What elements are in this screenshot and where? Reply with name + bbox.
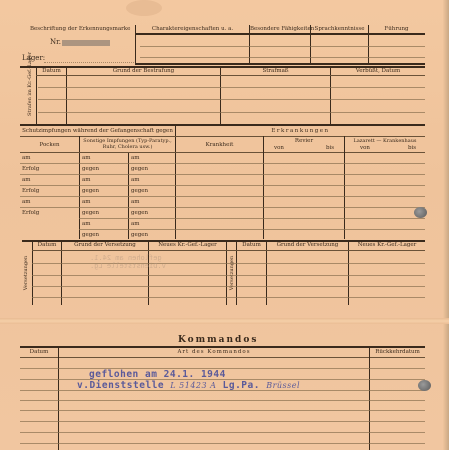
impf-cell: am (82, 221, 91, 227)
header-col-faehigkeiten: Besondere Fähigkeiten (250, 26, 310, 32)
impf-cell: am (22, 177, 31, 183)
entry-prefix: geflohen am (89, 369, 164, 380)
dienststelle-code: L 51423 A (170, 381, 216, 390)
rule (32, 275, 425, 276)
rule (20, 421, 425, 422)
impf-cell: gegen (131, 210, 148, 216)
kommandos-col-art: Art des Kommandos (59, 349, 369, 355)
lazarett-von: von (360, 145, 370, 151)
kommando-entry-line-1: geflohen am 24.1. 1944 (89, 369, 226, 380)
strafen-side-label: Strafen im Kr.-Gef.-Lager (27, 66, 33, 116)
rule (38, 87, 425, 88)
vers-col-datum-2: Datum (237, 242, 266, 248)
entry-prefix: v.Dienststelle (77, 380, 170, 391)
impf-cell: gegen (82, 166, 99, 172)
nr-label: Nr. (50, 39, 61, 45)
rule (20, 346, 425, 348)
impf-cell: gegen (82, 232, 99, 238)
rule (20, 185, 425, 186)
nr-value-redacted (62, 40, 110, 46)
erkrankungen-col-revier: Revier (264, 138, 344, 144)
lager-label: Lager: (22, 55, 45, 61)
erkrankungen-col-krankheit: Krankheit (176, 142, 263, 148)
versetzungen-side-label-left: Versetzungen (23, 248, 29, 298)
place-name: Brüssel (266, 381, 300, 390)
versetzungen-side-label-right: Versetzungen (229, 248, 235, 298)
punch-hole (418, 380, 431, 391)
rule (20, 410, 425, 411)
impf-cell: am (82, 155, 91, 161)
rule (79, 229, 425, 230)
impf-cell: gegen (82, 188, 99, 194)
rule (135, 63, 425, 65)
impfungen-title: Schutzimpfungen während der Gefangenscha… (20, 128, 175, 134)
rule (20, 196, 425, 197)
divider (369, 346, 370, 450)
rule (135, 33, 425, 35)
impf-cell: gegen (82, 210, 99, 216)
vers-col-datum: Datum (33, 242, 61, 248)
paper-stain (126, 0, 162, 16)
rule (20, 124, 425, 126)
paper-fold (0, 318, 449, 324)
rule (38, 99, 425, 100)
strafen-col-verbuesst: Verbüßt, Datum (331, 68, 425, 74)
impf-cell: am (131, 199, 140, 205)
erkrankungen-title: Erkrankungen (176, 128, 425, 134)
divider (263, 136, 264, 239)
strafen-col-strafmass: Strafmaß (221, 68, 330, 74)
lazarett-bis: bis (408, 145, 416, 151)
rule (38, 112, 425, 113)
ink-bleed-through: geflohen am 24.1. (90, 254, 162, 262)
strafen-col-grund: Grund der Bestrafung (67, 68, 220, 74)
vers-col-lager: Neues Kr.-Gef.-Lager (149, 242, 226, 248)
impf-cell: gegen (131, 166, 148, 172)
rule (20, 400, 425, 401)
erkennungsmarke-label: Beschriftung der Erkennungsmarke (30, 26, 130, 32)
impf-cell: gegen (131, 188, 148, 194)
rule (20, 136, 175, 137)
impf-cell: am (82, 199, 91, 205)
impf-cell: am (22, 199, 31, 205)
rule (32, 286, 425, 287)
impfungen-col-sonstige: Sonstige Impfungen (Typ-Paratyp., Ruhr, … (80, 138, 175, 150)
rule (20, 174, 425, 175)
rule (175, 136, 425, 137)
rule (20, 443, 425, 444)
rule (20, 163, 425, 164)
kommando-entry-line-2: v.Dienststelle L 51423 A Lg.Pa. Brüssel (77, 380, 300, 391)
rule (32, 297, 425, 298)
impf-cell: am (131, 155, 140, 161)
kommandos-col-rueckkehr: Rückkehrdatum (370, 349, 425, 355)
impf-cell: gegen (131, 232, 148, 238)
document-page: Beschriftung der Erkennungsmarke Nr. Lag… (0, 0, 449, 450)
impf-cell: am (22, 155, 31, 161)
impf-cell: am (131, 221, 140, 227)
impf-cell: Erfolg (22, 166, 39, 172)
header-col-sprachen: Sprachkenntnisse (311, 26, 368, 32)
rule (20, 432, 425, 433)
divider (58, 346, 59, 450)
punch-hole (414, 207, 427, 218)
divider (344, 136, 345, 239)
ink-bleed-through: v.Dienststelle Lg. (90, 262, 166, 270)
rule (140, 57, 425, 58)
rule (36, 75, 425, 76)
rule (20, 207, 425, 208)
strafen-col-datum: Datum (37, 68, 66, 74)
impf-cell: Erfolg (22, 210, 39, 216)
vers-col-lager-2: Neues Kr.-Gef.-Lager (349, 242, 425, 248)
impf-cell: am (131, 177, 140, 183)
lager-field-line (44, 62, 134, 63)
impfungen-col-pocken: Pocken (20, 142, 79, 148)
rule (140, 46, 425, 47)
rule (79, 218, 425, 219)
vers-col-grund-2: Grund der Versetzung (267, 242, 348, 248)
entry-mid: Lg.Pa. (216, 380, 266, 391)
header-col-charakter: Charaktereigenschaften u. a. (136, 26, 249, 32)
impf-cell: Erfolg (22, 188, 39, 194)
erkrankungen-col-lazarett: Lazarett — Krankenhaus (345, 138, 425, 144)
header-col-fuehrung: Führung (369, 26, 424, 32)
impf-cell: am (82, 177, 91, 183)
rule (32, 250, 425, 251)
rule (20, 357, 425, 358)
revier-von: von (274, 145, 284, 151)
paper-edge (443, 0, 449, 450)
vers-col-grund: Grund der Versetzung (62, 242, 148, 248)
kommandos-title: Kommandos (178, 335, 258, 345)
kommandos-col-datum: Datum (20, 349, 58, 355)
revier-bis: bis (326, 145, 334, 151)
escape-date: 24.1. 1944 (164, 369, 226, 380)
rule (20, 152, 425, 153)
